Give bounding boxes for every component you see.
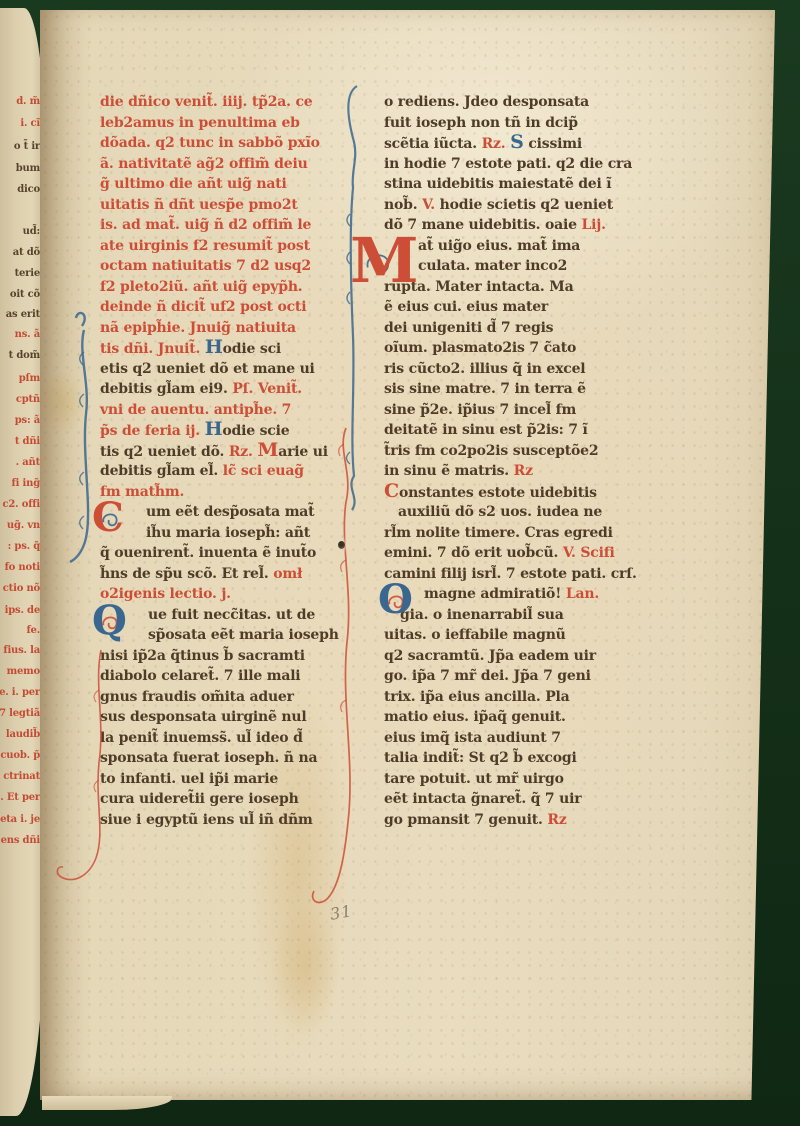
- text-segment: debitis gl̃am el̃.: [100, 463, 223, 479]
- text-segment: in sinu ẽ matris.: [384, 463, 514, 479]
- text-segment: q2 sacramtũ. Jp̃a eadem uir: [384, 648, 596, 664]
- text-line: fm math̃m.: [100, 482, 370, 503]
- text-line: dõ 7 mane uidebitis. oaie Lij.: [384, 215, 660, 236]
- text-line: ẽ eius cui. eius mater: [384, 297, 660, 318]
- text-line: tis dñi. Jnuit̃. Hodie sci: [100, 338, 370, 359]
- text-line: Constantes estote uidebitis: [384, 482, 660, 503]
- text-segment: fuit ioseph non tñ in dcip̃: [384, 115, 578, 131]
- text-segment: magne admiratiõ!: [424, 586, 566, 602]
- text-segment: tis dñi. Jnuit̃.: [100, 341, 205, 357]
- versal-letter: M: [257, 439, 278, 461]
- text-segment: octam natiuitatis 7 d2 usq2: [100, 258, 311, 274]
- text-segment: p̃s de feria ij.: [100, 423, 205, 439]
- fore-edge-text-fragment: t dom̃: [9, 350, 40, 361]
- text-line: eius imq̃ ista audiunt 7: [384, 728, 660, 749]
- text-line: in sinu ẽ matris. Rz: [384, 461, 660, 482]
- fore-edge-text-fragment: c2. offi: [3, 499, 40, 510]
- text-segment: hodie scietis q2 ueniet: [440, 197, 613, 213]
- text-segment: q̃ ouenirent̃. inuenta ẽ inut̃o: [100, 545, 316, 561]
- fore-edge-text-fragment: fius. la: [3, 645, 40, 656]
- text-segment: V.: [422, 197, 440, 213]
- fore-edge-text-fragment: : ps. q̃: [8, 541, 40, 552]
- text-line: dei unigeniti d̃ 7 regis: [384, 318, 660, 339]
- text-line: tare potuit. ut mr̃ uirgo: [384, 769, 660, 790]
- text-line: g̃ia. o inenarrabil̃ sua: [384, 605, 676, 626]
- fore-edge-text-fragment: dico: [17, 184, 40, 195]
- initial-penwork: [103, 617, 116, 628]
- text-segment: tis q2 ueniet dõ.: [100, 444, 229, 460]
- text-segment: ẽ eius cui. eius mater: [384, 299, 548, 315]
- text-line: sis sine matre. 7 in terra ẽ: [384, 379, 660, 400]
- text-segment: sus desponsata uirginẽ nul: [100, 709, 306, 725]
- text-segment: dõada. q2 tunc in sabbõ pxĩo: [100, 135, 320, 151]
- text-line: leb2amus in penultima eb: [100, 113, 370, 134]
- text-segment: gnus fraudis om̃ita aduer: [100, 689, 294, 705]
- text-line: t̃ris fm co2po2is susceptõe2: [384, 441, 660, 462]
- text-segment: culata. mater inco2: [418, 258, 567, 274]
- versal-letter: H: [205, 418, 223, 440]
- text-line: etis q2 ueniet dõ et mane ui: [100, 359, 370, 380]
- text-line: octam natiuitatis 7 d2 usq2: [100, 256, 370, 277]
- text-line: go. ip̃a 7 mr̃ dei. Jp̃a 7 geni: [384, 666, 660, 687]
- text-line: p̃s de feria ij. Hodie scie: [100, 420, 370, 441]
- text-line: eẽt intacta g̃naret̃. q̃ 7 uir: [384, 789, 660, 810]
- text-segment: leb2amus in penultima eb: [100, 115, 300, 131]
- text-line: sus desponsata uirginẽ nul: [100, 707, 370, 728]
- text-segment: deitatẽ in sinu est p̃2is: 7 ĩ: [384, 422, 588, 438]
- text-line: magne admiratiõ! Lan.: [384, 584, 700, 605]
- text-line: tis q2 ueniet dõ. Rz. Marie ui: [100, 441, 370, 462]
- text-line: g̃ ultimo die añt uig̃ nati: [100, 174, 370, 195]
- text-segment: siue i egyptũ iens ul̃ iñ dñm: [100, 812, 313, 828]
- text-line: vni de auentu. antiph̃e. 7: [100, 400, 370, 421]
- fore-edge-text-fragment: terie: [15, 268, 40, 279]
- text-segment: odie sci: [223, 341, 281, 357]
- text-line: sine p̃2e. ip̃ius 7 incel̃ fm: [384, 400, 660, 421]
- fore-edge-text-fragment: 7 legtiã: [0, 708, 40, 719]
- text-line: ã. nativitatẽ ag̃2 offim̃ deiu: [100, 154, 370, 175]
- text-segment: deinde ñ dicit̃ uf2 post octi: [100, 299, 306, 315]
- fore-edge-text-fragment: memo: [7, 666, 40, 677]
- facing-page-fore-edge: d. m̃i. cĩo t̃ irbumdicoud̃:at dõterieoi…: [0, 8, 46, 1116]
- fore-edge-text-fragment: cuob. p̃: [0, 750, 40, 761]
- text-segment: to infanti. uel ip̃i marie: [100, 771, 278, 787]
- text-segment: nob̃.: [384, 197, 422, 213]
- fore-edge-text-fragment: i. cĩ: [20, 118, 40, 129]
- fore-edge-text-fragment: ps: ã: [15, 415, 40, 426]
- text-segment: g̃ia. o inenarrabil̃ sua: [400, 607, 564, 623]
- text-segment: ih̃u maria ioseph̃: añt: [146, 525, 310, 541]
- text-line: q2 sacramtũ. Jp̃a eadem uir: [384, 646, 660, 667]
- text-line: debitis gl̃am el̃. lc̃ sci euag̃: [100, 461, 370, 482]
- text-segment: sis sine matre. 7 in terra ẽ: [384, 381, 586, 397]
- text-line: ue fuit necc̃itas. ut de: [100, 605, 418, 626]
- text-line: la penit̃ inuemss̃. ul̃ ideo d̃: [100, 728, 370, 749]
- text-line: uitatis ñ dñt uesp̃e pmo2t: [100, 195, 370, 216]
- text-segment: t̃ris fm co2po2is susceptõe2: [384, 443, 598, 459]
- fore-edge-text-fragment: fi ing̃: [12, 478, 40, 489]
- text-line: rl̃m nolite timere. Cras egredi: [384, 523, 660, 544]
- text-segment: h̃ns de sp̃u scõ. Et rel̃.: [100, 566, 273, 582]
- initial-penwork: [389, 596, 402, 607]
- text-line: scẽtia iũcta. Rz. S cissimi: [384, 133, 660, 154]
- text-segment: go. ip̃a 7 mr̃ dei. Jp̃a 7 geni: [384, 668, 591, 684]
- text-segment: talia indit̃: St q2 b̃ excogi: [384, 750, 577, 766]
- page-stack-edge: [42, 1096, 172, 1110]
- text-segment: camini filij isrl̃. 7 estote pati. crſ.: [384, 566, 637, 582]
- fore-edge-text-fragment: beta i. je: [0, 814, 40, 825]
- versal-letter: H: [205, 336, 223, 358]
- text-line: at̃ uig̃o eius. mat̃ ima: [384, 236, 694, 257]
- text-line: cura uideret̃ii gere ioseph: [100, 789, 370, 810]
- text-line: uitas. o ieffabile magnũ: [384, 625, 660, 646]
- text-segment: Rz.: [229, 444, 258, 460]
- text-segment: is. ad mat̃. uig̃ ñ d2 offim̃ le: [100, 217, 311, 233]
- fore-edge-text-fragment: cptñ: [16, 394, 40, 405]
- text-line: um eẽt desp̃osata mat̃: [100, 502, 416, 523]
- text-segment: cura uideret̃ii gere ioseph: [100, 791, 299, 807]
- text-line: in hodie 7 estote pati. q2 die cra: [384, 154, 660, 175]
- text-segment: scẽtia iũcta.: [384, 136, 482, 152]
- text-segment: Lan.: [566, 586, 599, 602]
- text-segment: in hodie 7 estote pati. q2 die cra: [384, 156, 632, 172]
- initial-penwork: [367, 255, 388, 272]
- text-segment: trix. ip̃a eius ancilla. Pla: [384, 689, 570, 705]
- folio-number: 31: [329, 901, 354, 924]
- text-line: auxiliũ dõ s2 uos. iudea ne: [384, 502, 674, 523]
- text-line: o2igenis lectio. j.: [100, 584, 370, 605]
- text-line: q̃ ouenirent̃. inuenta ẽ inut̃o: [100, 543, 370, 564]
- text-line: talia indit̃: St q2 b̃ excogi: [384, 748, 660, 769]
- text-segment: ã. nativitatẽ ag̃2 offim̃ deiu: [100, 156, 308, 172]
- text-segment: la penit̃ inuemss̃. ul̃ ideo d̃: [100, 730, 303, 746]
- text-segment: eẽt intacta g̃naret̃. q̃ 7 uir: [384, 791, 581, 807]
- text-segment: ris cũcto2. illius q̃ in excel: [384, 361, 585, 377]
- text-line: siue i egyptũ iens ul̃ iñ dñm: [100, 810, 370, 831]
- text-segment: uitatis ñ dñt uesp̃e pmo2t: [100, 197, 298, 213]
- fore-edge-text-fragment: ips. de: [5, 605, 40, 616]
- text-segment: tare potuit. ut mr̃ uirgo: [384, 771, 564, 787]
- initial-penwork: [103, 514, 116, 525]
- text-segment: arie ui: [278, 444, 328, 460]
- text-line: oĩum. plasmato2is 7 c̃ato: [384, 338, 660, 359]
- text-segment: at̃ uig̃o eius. mat̃ ima: [418, 238, 580, 254]
- text-segment: f2 pleto2iũ. añt uig̃ epyp̃h.: [100, 279, 302, 295]
- text-segment: ue fuit necc̃itas. ut de: [148, 607, 315, 623]
- text-line: culata. mater inco2: [384, 256, 694, 277]
- text-segment: onstantes estote uidebitis: [399, 485, 597, 501]
- text-segment: eius imq̃ ista audiunt 7: [384, 730, 561, 746]
- text-segment: diabolo celaret̃. 7 ille mali: [100, 668, 300, 684]
- text-segment: V. Scifi: [563, 545, 615, 561]
- text-segment: vni de auentu. antiph̃e. 7: [100, 402, 291, 418]
- fore-edge-text-fragment: ns. ã: [15, 329, 40, 340]
- text-segment: etis q2 ueniet dõ et mane ui: [100, 361, 315, 377]
- text-segment: sine p̃2e. ip̃ius 7 incel̃ fm: [384, 402, 576, 418]
- text-segment: oĩum. plasmato2is 7 c̃ato: [384, 340, 576, 356]
- text-segment: odie scie: [222, 423, 289, 439]
- text-segment: cissimi: [524, 136, 582, 152]
- text-segment: Rz: [514, 463, 533, 479]
- illuminated-initial-q: Q: [92, 601, 127, 641]
- text-line: sp̃osata eẽt maria ioseph: [100, 625, 418, 646]
- text-segment: nisi ip̃2a q̃tinus b̃ sacramti: [100, 648, 305, 664]
- text-segment: o rediens. Jdeo desponsata: [384, 94, 589, 110]
- text-line: fuit ioseph non tñ in dcip̃: [384, 113, 660, 134]
- text-segment: Rz: [547, 812, 566, 828]
- text-segment: sponsata fuerat ioseph. ñ na: [100, 750, 317, 766]
- text-line: deinde ñ dicit̃ uf2 post octi: [100, 297, 370, 318]
- versal-letter: C: [384, 480, 399, 502]
- text-line: f2 pleto2iũ. añt uig̃ epyp̃h.: [100, 277, 370, 298]
- text-segment: matio eius. ip̃aq̃ genuit.: [384, 709, 566, 725]
- fore-edge-text-fragment: fe.: [26, 625, 40, 636]
- text-column-right: o rediens. Jdeo desponsatafuit ioseph no…: [384, 92, 660, 852]
- text-segment: um eẽt desp̃osata mat̃: [146, 504, 314, 520]
- fore-edge-text-fragment: . añt: [16, 457, 40, 468]
- text-line: debitis gl̃am ei9. Pſ. Venit̃.: [100, 379, 370, 400]
- text-segment: auxiliũ dõ s2 uos. iudea ne: [398, 504, 602, 520]
- fore-edge-text-fragment: i. s. Et per: [0, 792, 40, 803]
- text-line: nisi ip̃2a q̃tinus b̃ sacramti: [100, 646, 370, 667]
- text-line: to infanti. uel ip̃i marie: [100, 769, 370, 790]
- fore-edge-text-fragment: pſm: [19, 373, 40, 384]
- text-segment: debitis gl̃am ei9.: [100, 381, 232, 397]
- text-line: deitatẽ in sinu est p̃2is: 7 ĩ: [384, 420, 660, 441]
- text-line: ris cũcto2. illius q̃ in excel: [384, 359, 660, 380]
- text-line: dõada. q2 tunc in sabbõ pxĩo: [100, 133, 370, 154]
- fore-edge-text-fragment: bum: [16, 163, 40, 174]
- text-line: ate uirginis f2 resumit̃ post: [100, 236, 370, 257]
- text-segment: uitas. o ieffabile magnũ: [384, 627, 566, 643]
- text-column-left: die dñico venit̃. iiij. tp̃2a. celeb2amu…: [100, 92, 370, 852]
- text-line: die dñico venit̃. iiij. tp̃2a. ce: [100, 92, 370, 113]
- text-segment: Rz.: [482, 136, 511, 152]
- fore-edge-text-fragment: ud̃:: [23, 226, 40, 237]
- text-segment: omł: [273, 566, 302, 582]
- text-segment: emini. 7 dõ erit uob̃cũ.: [384, 545, 563, 561]
- text-line: camini filij isrl̃. 7 estote pati. crſ.: [384, 564, 660, 585]
- text-segment: sp̃osata eẽt maria ioseph: [148, 627, 339, 643]
- illuminated-initial-o: O: [378, 580, 413, 620]
- fore-edge-text-fragment: at dõ: [13, 247, 40, 258]
- text-segment: nã epiph̃ie. Jnuig̃ natiuita: [100, 320, 296, 336]
- text-segment: g̃ ultimo die añt uig̃ nati: [100, 176, 287, 192]
- text-segment: die dñico venit̃. iiij. tp̃2a. ce: [100, 94, 312, 110]
- text-line: emini. 7 dõ erit uob̃cũ. V. Scifi: [384, 543, 660, 564]
- text-line: sponsata fuerat ioseph. ñ na: [100, 748, 370, 769]
- text-line: stina uidebitis maiestatẽ dei ĩ: [384, 174, 660, 195]
- text-segment: dei unigeniti d̃ 7 regis: [384, 320, 553, 336]
- text-line: h̃ns de sp̃u scõ. Et rel̃. omł: [100, 564, 370, 585]
- text-line: gnus fraudis om̃ita aduer: [100, 687, 370, 708]
- illuminated-initial-m: M: [350, 230, 419, 292]
- text-line: o rediens. Jdeo desponsata: [384, 92, 660, 113]
- fore-edge-text-fragment: ctrinat: [3, 771, 40, 782]
- text-line: go pmansit 7 genuit. Rz: [384, 810, 660, 831]
- text-segment: rl̃m nolite timere. Cras egredi: [384, 525, 613, 541]
- parchment-hole: [338, 541, 345, 549]
- text-segment: stina uidebitis maiestatẽ dei ĩ: [384, 176, 611, 192]
- text-segment: go pmansit 7 genuit.: [384, 812, 547, 828]
- fore-edge-text-fragment: o t̃ ir: [14, 141, 40, 152]
- fore-edge-text-fragment: t dñi: [15, 436, 40, 447]
- fore-edge-text-fragment: oit cõ: [10, 289, 40, 300]
- text-line: rupta. Mater intacta. Ma: [384, 277, 660, 298]
- text-segment: Lij.: [582, 217, 606, 233]
- fore-edge-text-fragment: fo noti: [5, 562, 40, 573]
- text-segment: Pſ. Venit̃.: [232, 381, 302, 397]
- illuminated-initial-c: C: [92, 498, 124, 538]
- fore-edge-text-fragment: e. i. per: [0, 687, 40, 698]
- fore-edge-text-fragment: ug̃. vn: [7, 520, 40, 531]
- fore-edge-text-fragment: d. m̃: [16, 96, 40, 107]
- text-segment: lc̃ sci euag̃: [223, 463, 304, 479]
- text-segment: ate uirginis f2 resumit̃ post: [100, 238, 310, 254]
- manuscript-photo: d. m̃i. cĩo t̃ irbumdicoud̃:at dõterieoi…: [0, 0, 800, 1126]
- fore-edge-text-fragment: laudib̃: [6, 729, 40, 740]
- fore-edge-text-fragment: as erit: [6, 309, 40, 320]
- versal-letter: S: [510, 131, 524, 153]
- text-line: nã epiph̃ie. Jnuig̃ natiuita: [100, 318, 370, 339]
- text-line: nob̃. V. hodie scietis q2 ueniet: [384, 195, 660, 216]
- text-line: matio eius. ip̃aq̃ genuit.: [384, 707, 660, 728]
- fore-edge-text-fragment: ens dñi: [1, 835, 40, 846]
- text-line: diabolo celaret̃. 7 ille mali: [100, 666, 370, 687]
- text-line: ih̃u maria ioseph̃: añt: [100, 523, 416, 544]
- fore-edge-text-fragment: ctio nõ: [3, 583, 40, 594]
- text-line: trix. ip̃a eius ancilla. Pla: [384, 687, 660, 708]
- text-line: is. ad mat̃. uig̃ ñ d2 offim̃ le: [100, 215, 370, 236]
